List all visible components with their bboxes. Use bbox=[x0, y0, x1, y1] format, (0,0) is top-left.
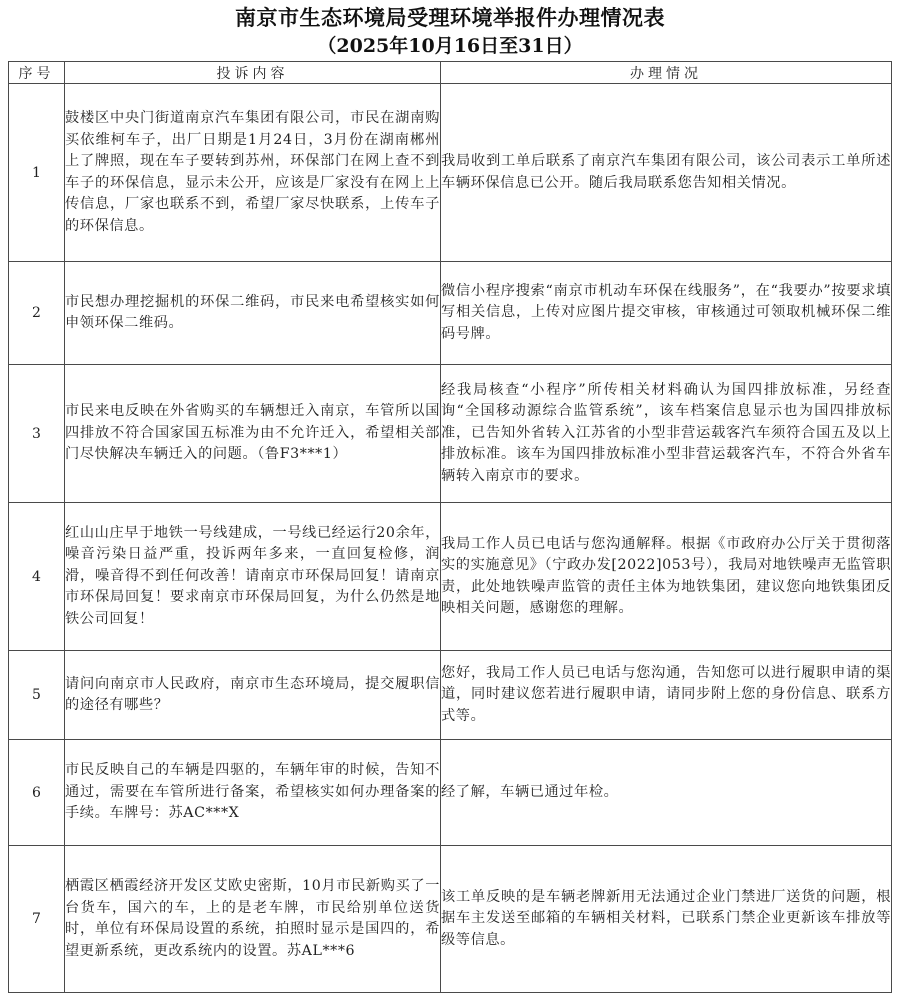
document-title: 南京市生态环境局受理环境举报件办理情况表 bbox=[0, 4, 900, 32]
row-handling-result: 该工单反映的是车辆老牌新用无法通过企业门禁进厂送货的问题，根据车主发送至邮箱的车… bbox=[441, 846, 892, 993]
row-serial-number: 4 bbox=[9, 503, 65, 651]
table-header-row: 序号 投诉内容 办理情况 bbox=[9, 62, 892, 84]
row-serial-number: 1 bbox=[9, 84, 65, 262]
row-serial-number: 7 bbox=[9, 846, 65, 993]
row-complaint-content: 市民想办理挖掘机的环保二维码，市民来电希望核实如何申领环保二维码。 bbox=[65, 262, 441, 365]
row-handling-result: 我局收到工单后联系了南京汽车集团有限公司，该公司表示工单所述车辆环保信息已公开。… bbox=[441, 84, 892, 262]
table-row: 5 请问向南京市人民政府，南京市生态环境局，提交履职信的途径有哪些？ 您好，我局… bbox=[9, 651, 892, 740]
row-serial-number: 6 bbox=[9, 740, 65, 846]
header-handling-result: 办理情况 bbox=[441, 62, 892, 84]
header-complaint-content: 投诉内容 bbox=[65, 62, 441, 84]
table-row: 3 市民来电反映在外省购买的车辆想迁入南京，车管所以国四排放不符合国家国五标准为… bbox=[9, 365, 892, 503]
row-complaint-content: 鼓楼区中央门街道南京汽车集团有限公司，市民在湖南购买依维柯车子，出厂日期是1月2… bbox=[65, 84, 441, 262]
table-row: 1 鼓楼区中央门街道南京汽车集团有限公司，市民在湖南购买依维柯车子，出厂日期是1… bbox=[9, 84, 892, 262]
document-date-range: （2025年10月16日至31日） bbox=[0, 33, 900, 59]
row-complaint-content: 红山山庄早于地铁一号线建成，一号线已经运行20余年，噪音污染日益严重，投诉两年多… bbox=[65, 503, 441, 651]
table-row: 7 栖霞区栖霞经济开发区艾欧史密斯，10月市民新购买了一台货车，国六的车，上的是… bbox=[9, 846, 892, 993]
table-row: 4 红山山庄早于地铁一号线建成，一号线已经运行20余年，噪音污染日益严重，投诉两… bbox=[9, 503, 892, 651]
row-serial-number: 5 bbox=[9, 651, 65, 740]
row-complaint-content: 请问向南京市人民政府，南京市生态环境局，提交履职信的途径有哪些？ bbox=[65, 651, 441, 740]
row-handling-result: 我局工作人员已电话与您沟通解释。根据《市政府办公厅关于贯彻落实的实施意见》（宁政… bbox=[441, 503, 892, 651]
header-serial-number: 序号 bbox=[9, 62, 65, 84]
row-handling-result: 您好，我局工作人员已电话与您沟通，告知您可以进行履职申请的渠道，同时建议您若进行… bbox=[441, 651, 892, 740]
table-row: 6 市民反映自己的车辆是四驱的，车辆年审的时候，告知不通过，需要在车管所进行备案… bbox=[9, 740, 892, 846]
table-row: 2 市民想办理挖掘机的环保二维码，市民来电希望核实如何申领环保二维码。 微信小程… bbox=[9, 262, 892, 365]
row-complaint-content: 市民来电反映在外省购买的车辆想迁入南京，车管所以国四排放不符合国家国五标准为由不… bbox=[65, 365, 441, 503]
row-handling-result: 经了解，车辆已通过年检。 bbox=[441, 740, 892, 846]
row-handling-result: 微信小程序搜索“南京市机动车环保在线服务”，在“我要办”按要求填写相关信息，上传… bbox=[441, 262, 892, 365]
row-complaint-content: 栖霞区栖霞经济开发区艾欧史密斯，10月市民新购买了一台货车，国六的车，上的是老车… bbox=[65, 846, 441, 993]
row-complaint-content: 市民反映自己的车辆是四驱的，车辆年审的时候，告知不通过，需要在车管所进行备案，希… bbox=[65, 740, 441, 846]
complaints-table: 序号 投诉内容 办理情况 1 鼓楼区中央门街道南京汽车集团有限公司，市民在湖南购… bbox=[8, 61, 892, 993]
row-serial-number: 2 bbox=[9, 262, 65, 365]
row-handling-result: 经我局核查“小程序”所传相关材料确认为国四排放标准，另经查询“全国移动源综合监管… bbox=[441, 365, 892, 503]
row-serial-number: 3 bbox=[9, 365, 65, 503]
